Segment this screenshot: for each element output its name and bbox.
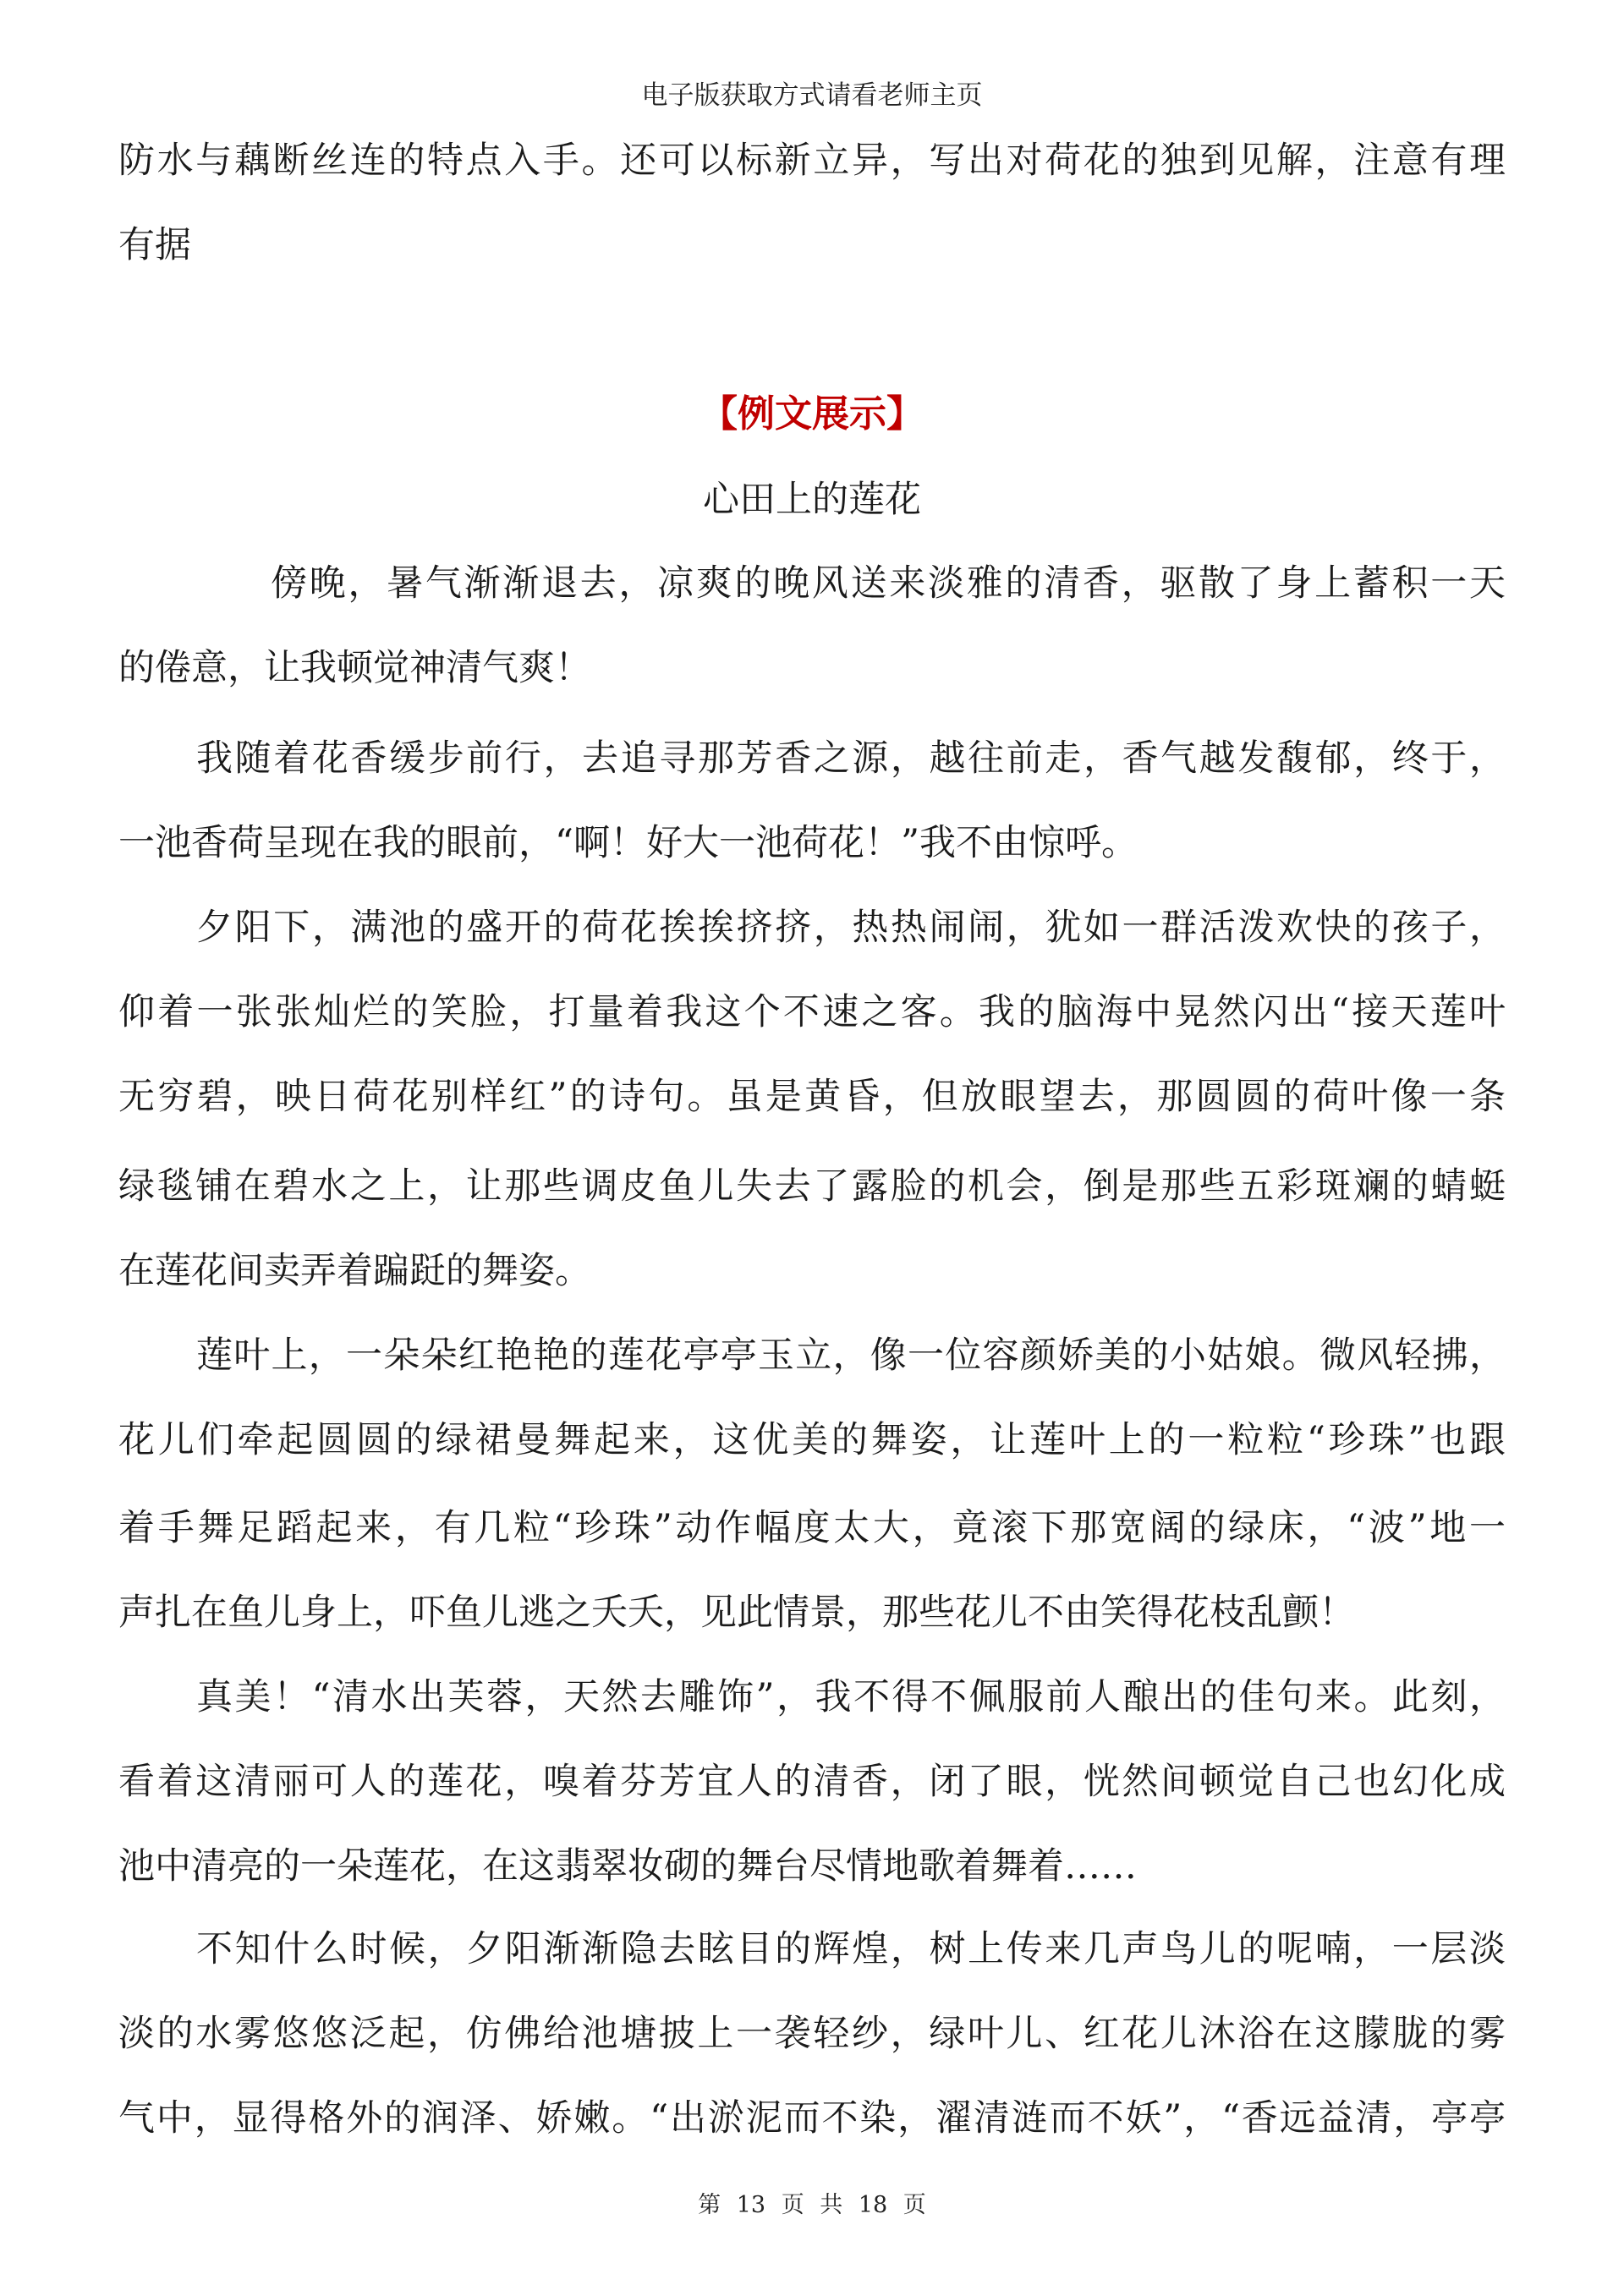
essay-paragraph-line: 池中清亮的一朵莲花，在这翡翠妆砌的舞台尽情地歌着舞着…… [118,1841,1506,1892]
essay-paragraph-line: 一池香荷呈现在我的眼前，“啊！好大一池荷花！”我不由惊呼。 [118,818,1506,869]
page-header: 电子版获取方式请看老师主页 [0,78,1624,113]
essay-paragraph-line: 不知什么时候，夕阳渐渐隐去眩目的辉煌，树上传来几声鸟儿的呢喃，一层淡 [196,1924,1506,1975]
essay-paragraph-line: 淡的水雾悠悠泛起，仿佛给池塘披上一袭轻纱，绿叶儿、红花儿沐浴在这朦胧的雾 [118,2008,1506,2059]
essay-paragraph-line: 声扎在鱼儿身上，吓鱼儿逃之夭夭，见此情景，那些花儿不由笑得花枝乱颤！ [118,1587,1506,1638]
essay-paragraph-line: 仰着一张张灿烂的笑脸，打量着我这个不速之客。我的脑海中晃然闪出“接天莲叶 [118,987,1506,1038]
essay-title: 心田上的莲花 [0,474,1624,525]
page-number-footer: 第 13 页 共 18 页 [0,2189,1624,2222]
essay-paragraph-line: 气中，显得格外的润泽、娇嫩。“出淤泥而不染，濯清涟而不妖”，“香远益清，亭亭 [118,2093,1506,2144]
essay-paragraph-line: 着手舞足蹈起来，有几粒“珍珠”动作幅度太大，竟滚下那宽阔的绿床，“波”地一 [118,1503,1506,1553]
intro-line: 防水与藕断丝连的特点入手。还可以标新立异，写出对荷花的独到见解，注意有理 [118,135,1506,186]
essay-paragraph-line: 真美！“清水出芙蓉，天然去雕饰”，我不得不佩服前人酿出的佳句来。此刻， [196,1672,1506,1723]
essay-paragraph-line: 在莲花间卖弄着蹁跹的舞姿。 [118,1246,1506,1296]
essay-paragraph-line: 无穷碧，映日荷花别样红”的诗句。虽是黄昏，但放眼望去，那圆圆的荷叶像一条 [118,1071,1506,1122]
essay-paragraph-line: 莲叶上，一朵朵红艳艳的莲花亭亭玉立，像一位容颜娇美的小姑娘。微风轻拂， [196,1330,1506,1381]
essay-paragraph-line: 傍晚，暑气渐渐退去，凉爽的晚风送来淡雅的清香，驱散了身上蓄积一天 [271,558,1506,609]
essay-paragraph-line: 的倦意，让我顿觉神清气爽！ [118,643,1506,693]
essay-paragraph-line: 夕阳下，满池的盛开的荷花挨挨挤挤，热热闹闹，犹如一群活泼欢快的孩子， [196,902,1506,953]
essay-paragraph-line: 我随着花香缓步前行，去追寻那芳香之源，越往前走，香气越发馥郁，终于， [196,733,1506,784]
section-heading: 【例文展示】 [0,389,1624,440]
document-page: 电子版获取方式请看老师主页 防水与藕断丝连的特点入手。还可以标新立异，写出对荷花… [0,0,1624,2296]
essay-paragraph-line: 看着这清丽可人的莲花，嗅着芬芳宜人的清香，闭了眼，恍然间顿觉自己也幻化成 [118,1756,1506,1807]
intro-line: 有据 [118,220,1506,271]
essay-paragraph-line: 绿毯铺在碧水之上，让那些调皮鱼儿失去了露脸的机会，倒是那些五彩斑斓的蜻蜓 [118,1161,1506,1212]
essay-paragraph-line: 花儿们牵起圆圆的绿裙曼舞起来，这优美的舞姿，让莲叶上的一粒粒“珍珠”也跟 [118,1415,1506,1466]
